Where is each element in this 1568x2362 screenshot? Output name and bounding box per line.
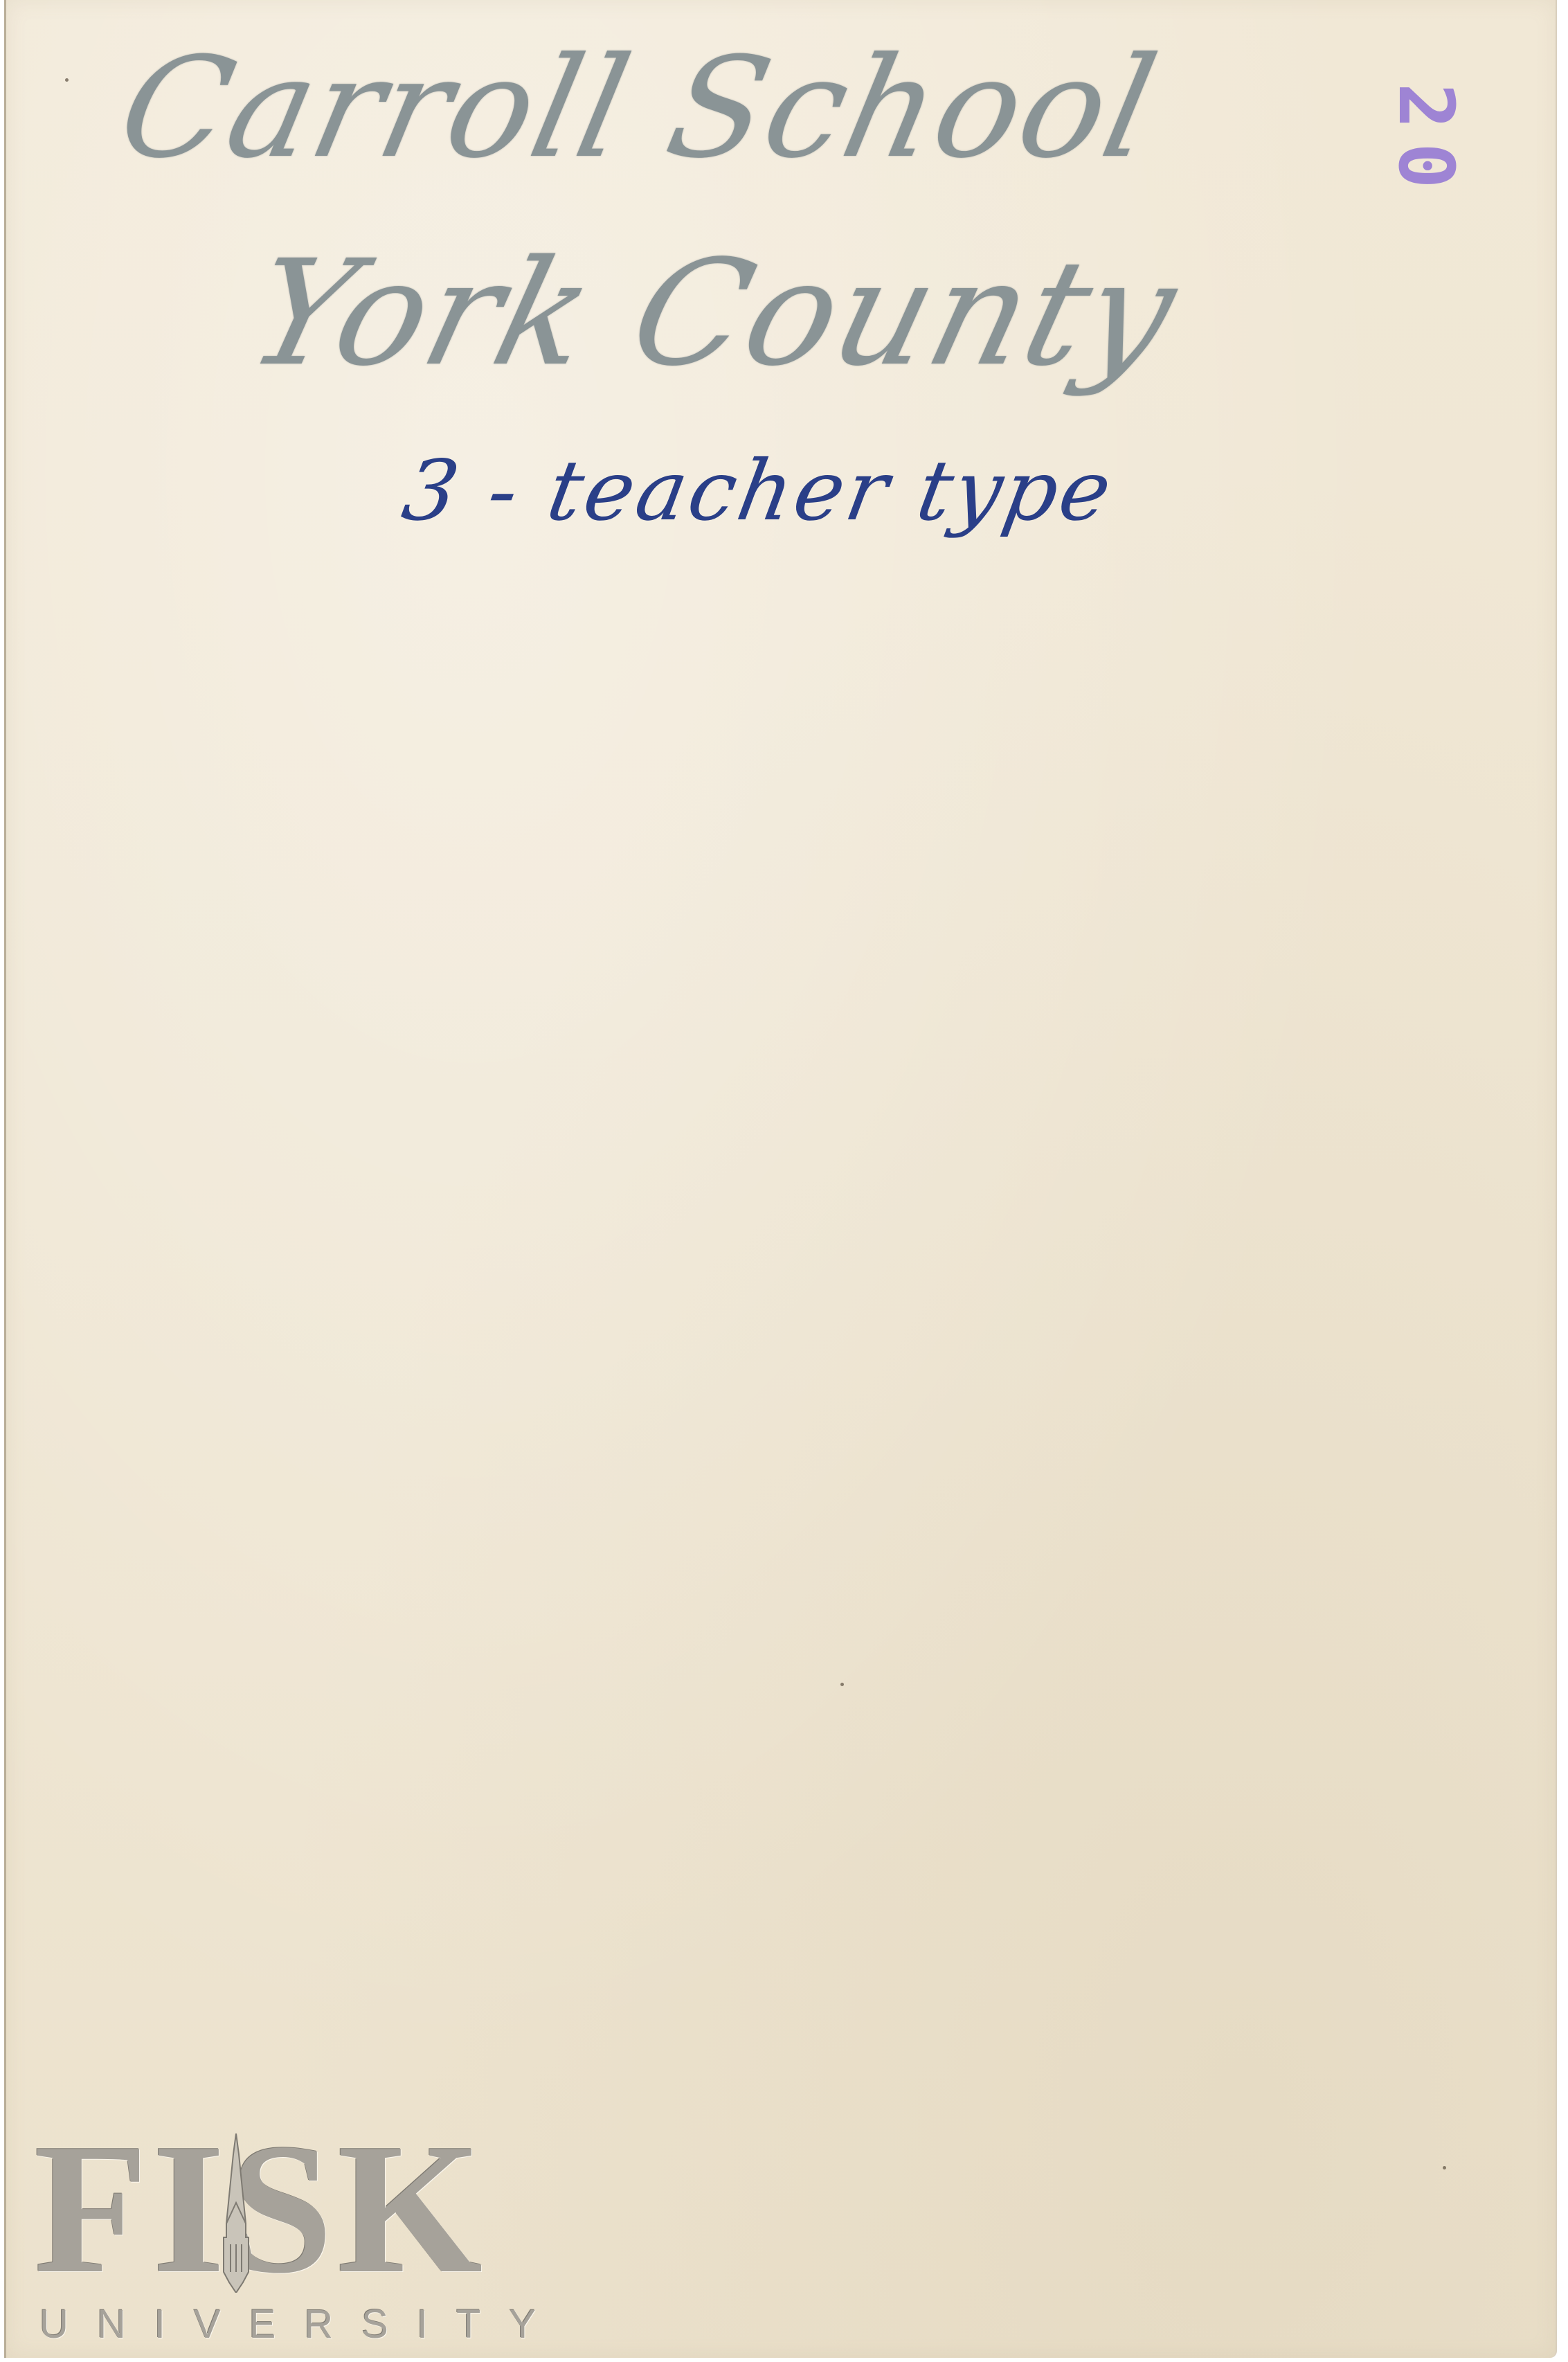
- paper-speck: [1443, 2166, 1446, 2169]
- logo-subtitle: UNIVERSITY: [39, 2301, 564, 2347]
- fisk-university-logo: FISK UNIVERSITY: [34, 2129, 588, 2351]
- handwritten-school-name: Carroll School: [107, 28, 1170, 189]
- paper-speck: [65, 78, 69, 82]
- handwritten-county: York County: [234, 229, 1193, 398]
- handwritten-school-type: 3 - teacher type: [396, 443, 1121, 539]
- photo-card-back: Carroll School York County 3 - teacher t…: [4, 0, 1557, 2358]
- logo-wordmark: FISK: [34, 2129, 487, 2289]
- chapel-spire-icon: [215, 2133, 257, 2293]
- stamp-number: 20: [1382, 83, 1470, 202]
- paper-speck: [840, 1683, 844, 1686]
- catalog-number-stamp: 20: [1380, 76, 1463, 242]
